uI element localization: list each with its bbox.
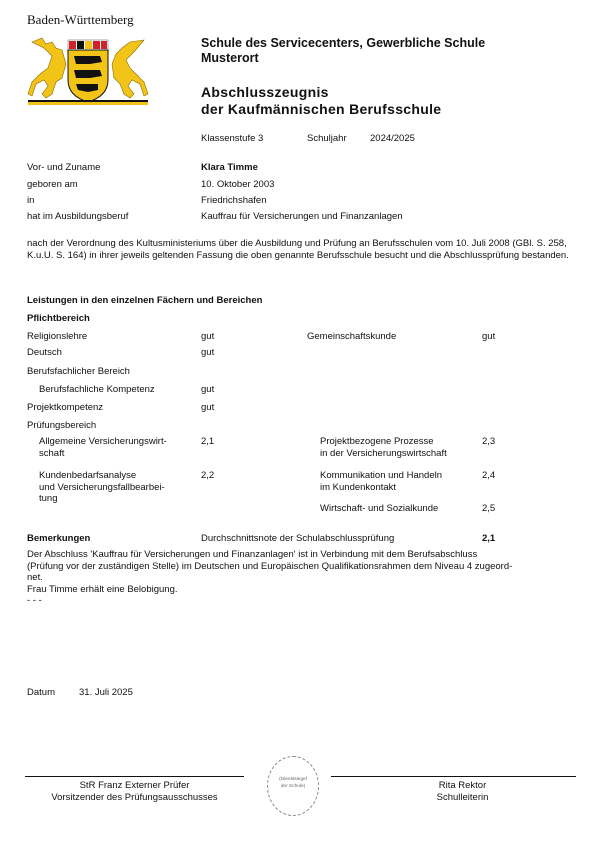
signature-left-role: Vorsitzender des Prüfungsausschusses bbox=[25, 792, 244, 804]
exam-subject-line: tung bbox=[39, 493, 165, 505]
intro-text: nach der Verordnung des Kultusministeriu… bbox=[27, 238, 572, 261]
document-title: Abschlusszeugnis der Kaufmännischen Beru… bbox=[201, 84, 441, 118]
exam-subject-line: Projektbezogene Prozesse bbox=[320, 436, 447, 448]
exam-subject-line: schaft bbox=[39, 448, 167, 460]
exam-subject-line: Kundenbedarfsanalyse bbox=[39, 470, 165, 482]
remarks-label: Bemerkungen bbox=[27, 533, 90, 544]
exam-subject-grade: 2,1 bbox=[201, 436, 214, 447]
class-value: 3 bbox=[258, 133, 263, 144]
date-value: 31. Juli 2025 bbox=[79, 687, 133, 698]
school-line-2: Musterort bbox=[201, 51, 485, 66]
remarks-line: Frau Timme erhält eine Belobigung. bbox=[27, 584, 512, 596]
subject-project-grade: gut bbox=[201, 402, 214, 413]
exam-subject: Allgemeine Versicherungswirt- schaft bbox=[39, 436, 167, 459]
exam-area-title: Prüfungsbereich bbox=[27, 420, 96, 431]
remarks-line: Der Abschluss 'Kauffrau für Versicherung… bbox=[27, 549, 512, 561]
remarks-line: net. bbox=[27, 572, 512, 584]
average-value: 2,1 bbox=[482, 533, 495, 544]
seal-line-2: der Schule) bbox=[268, 784, 318, 789]
exam-subject: Kundenbedarfsanalyse und Versicherungsfa… bbox=[39, 470, 165, 505]
signature-right-name: Rita Rektor bbox=[331, 780, 590, 792]
signature-line-right bbox=[331, 776, 576, 777]
subject-vocational-grade: gut bbox=[201, 384, 214, 395]
signature-right-role: Schulleiterin bbox=[331, 792, 590, 804]
exam-subject: Kommunikation und Handeln im Kundenkonta… bbox=[320, 470, 442, 493]
official-seal-placeholder: (Dienstsiegel der Schule) bbox=[267, 756, 319, 816]
place-value: Friedrichshafen bbox=[201, 195, 266, 206]
subject-religion-grade: gut bbox=[201, 331, 214, 342]
grades-section-title: Leistungen in den einzelnen Fächern und … bbox=[27, 295, 262, 306]
subject-german-label: Deutsch bbox=[27, 347, 62, 358]
year-label: Schuljahr bbox=[307, 133, 347, 144]
title-line-1: Abschlusszeugnis bbox=[201, 84, 441, 101]
exam-subject-grade: 2,5 bbox=[482, 503, 495, 514]
remarks-line: - - - bbox=[27, 595, 512, 607]
exam-subject-grade: 2,3 bbox=[482, 436, 495, 447]
signature-left: StR Franz Externer Prüfer Vorsitzender d… bbox=[25, 780, 244, 804]
year-value: 2024/2025 bbox=[370, 133, 415, 144]
profession-value: Kauffrau für Versicherungen und Finanzan… bbox=[201, 211, 403, 222]
date-label: Datum bbox=[27, 687, 55, 698]
vocational-area-title: Berufsfachlicher Bereich bbox=[27, 366, 130, 377]
exam-subject-line: Allgemeine Versicherungswirt- bbox=[39, 436, 167, 448]
exam-subject-grade: 2,4 bbox=[482, 470, 495, 481]
exam-subject-line: Kommunikation und Handeln bbox=[320, 470, 442, 482]
remarks-text: Der Abschluss 'Kauffrau für Versicherung… bbox=[27, 549, 512, 607]
subject-vocational-label: Berufsfachliche Kompetenz bbox=[39, 384, 155, 395]
class-label: Klassenstufe bbox=[201, 133, 255, 144]
seal-line-1: (Dienstsiegel bbox=[268, 777, 318, 782]
profession-label: hat im Ausbildungsberuf bbox=[27, 211, 128, 222]
exam-subject: Wirtschaft- und Sozialkunde bbox=[320, 503, 438, 514]
school-name: Schule des Servicecenters, Gewerbliche S… bbox=[201, 36, 485, 66]
born-label: geboren am bbox=[27, 179, 78, 190]
name-label: Vor- und Zuname bbox=[27, 162, 100, 173]
subject-german-grade: gut bbox=[201, 347, 214, 358]
signature-line-left bbox=[25, 776, 244, 777]
signature-left-name: StR Franz Externer Prüfer bbox=[25, 780, 244, 792]
subject-project-label: Projektkompetenz bbox=[27, 402, 103, 413]
remarks-line: (Prüfung vor der zuständigen Stelle) im … bbox=[27, 561, 512, 573]
state-name: Baden-Württemberg bbox=[27, 12, 134, 28]
mandatory-title: Pflichtbereich bbox=[27, 313, 90, 324]
subject-community-label: Gemeinschaftskunde bbox=[307, 331, 396, 342]
signature-right: Rita Rektor Schulleiterin bbox=[331, 780, 590, 804]
exam-subject-line: und Versicherungsfallbearbei- bbox=[39, 482, 165, 494]
born-value: 10. Oktober 2003 bbox=[201, 179, 274, 190]
place-label: in bbox=[27, 195, 34, 206]
exam-subject: Projektbezogene Prozesse in der Versiche… bbox=[320, 436, 447, 459]
exam-subject-line: im Kundenkontakt bbox=[320, 482, 442, 494]
exam-subject-line: in der Versicherungswirtschaft bbox=[320, 448, 447, 460]
subject-community-grade: gut bbox=[482, 331, 495, 342]
coat-of-arms-icon bbox=[26, 34, 150, 106]
subject-religion-label: Religionslehre bbox=[27, 331, 87, 342]
average-label: Durchschnittsnote der Schulabschlussprüf… bbox=[201, 533, 394, 544]
exam-subject-grade: 2,2 bbox=[201, 470, 214, 481]
school-line-1: Schule des Servicecenters, Gewerbliche S… bbox=[201, 36, 485, 51]
title-line-2: der Kaufmännischen Berufsschule bbox=[201, 101, 441, 118]
name-value: Klara Timme bbox=[201, 162, 258, 173]
